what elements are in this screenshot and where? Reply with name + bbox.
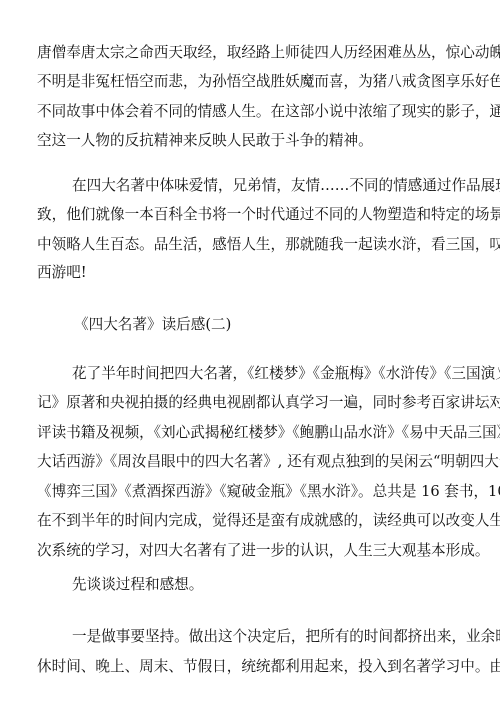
paragraph-3-line-6: 在不到半年的时间内完成，觉得还是蛮有成就感的，读经典可以改变人生，通过这: [37, 512, 463, 530]
paragraph-1-line-3: 不同故事中体会着不同的情感人生。在这部小说中浓缩了现实的影子，通过塑造悟: [37, 103, 463, 121]
paragraph-3-line-4: 大话西游》《周汝昌眼中的四大名著》, 还有观点独到的吴闲云“明朝四大奇书系列”: [37, 453, 463, 471]
paragraph-5-line-1: 一是做事要坚持。做出这个决定后，把所有的时间都挤出来，业余时间、午: [72, 628, 463, 646]
paragraph-1-line-4: 空这一人物的反抗精神来反映人民敢于斗争的精神。: [37, 132, 463, 150]
paragraph-3-line-3: 评读书籍及视频，《刘心武揭秘红楼梦》《鲍鹏山品水浒》《易中天品三国》《韩田鹿: [37, 424, 463, 442]
paragraph-3-line-5: 《博弈三国》《煮酒探西游》《窥破金瓶》《黑水浒》。总共是 16 套书，10 部视…: [37, 483, 463, 501]
paragraph-1-line-2: 不明是非冤枉悟空而悲，为孙悟空战胜妖魔而喜，为猪八戒贪图享乐好色而恼，在: [37, 73, 463, 91]
paragraph-2-line-4: 西游吧!: [37, 264, 463, 282]
paragraph-3-line-2: 记》原著和央视拍摄的经典电视剧都认真学习一遍，同时参考百家讲坛对四大名著: [37, 394, 463, 412]
paragraph-3-line-7: 次系统的学习，对四大名著有了进一步的认识，人生三大观基本形成。: [37, 542, 463, 560]
paragraph-1-line-1: 唐僧奉唐太宗之命西天取经，取经路上师徒四人历经困难丛丛，惊心动魄，为唐僧: [37, 44, 463, 62]
paragraph-4-line-1: 先谈谈过程和感想。: [72, 576, 463, 594]
paragraph-5-line-2: 休时间、晚上、周末、节假日，统统都利用起来，投入到名著学习中。由于此次做: [37, 658, 463, 676]
paragraph-2-line-2: 致，他们就像一本百科全书将一个时代通过不同的人物塑造和特定的场景让我们从: [37, 206, 463, 224]
paragraph-2-line-1: 在四大名著中体味爱情，兄弟情，友情……不同的情感通过作品展现得淋漓尽: [72, 177, 463, 195]
paragraph-3-line-1: 花了半年时间把四大名著，《红楼梦》《金瓶梅》《水浒传》《三国演义》《西游: [72, 365, 463, 383]
paragraph-2-line-3: 中领略人生百态。品生活，感悟人生，那就随我一起读水浒，看三国，叹红楼，品: [37, 236, 463, 254]
section-heading: 《四大名著》读后感(二): [74, 316, 231, 334]
document-page: 唐僧奉唐太宗之命西天取经，取经路上师徒四人历经困难丛丛，惊心动魄，为唐僧 不明是…: [0, 0, 500, 708]
